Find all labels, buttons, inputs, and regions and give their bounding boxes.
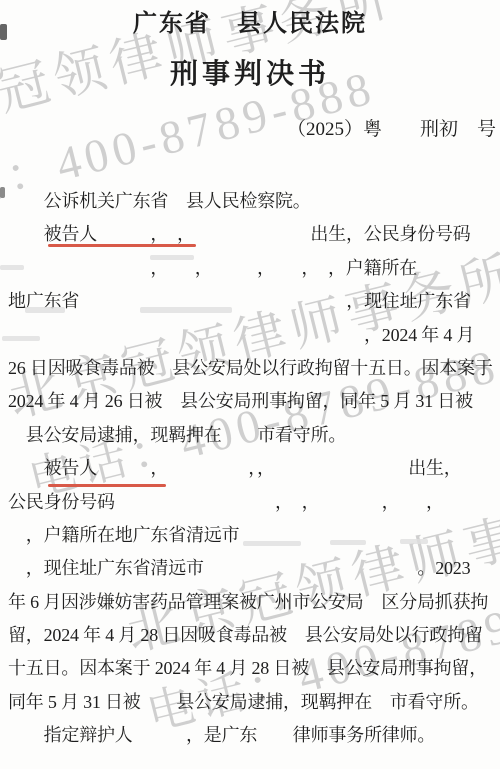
redaction-smudge xyxy=(0,265,24,270)
redaction-smudge xyxy=(140,307,232,313)
redaction-smudge xyxy=(25,307,65,313)
redaction-smudge xyxy=(243,541,301,546)
redaction-smudge xyxy=(2,336,40,341)
judgment-body: 公诉机关广东省 县人民检察院。 被告人 ， ， 出生，公民身份号码 ， ， ， … xyxy=(8,185,496,753)
body-line: 地广东省 ，现住址广东省 xyxy=(8,285,496,318)
body-line: 公民身份号码 ， ， ， ， xyxy=(8,486,496,519)
body-line: 2024 年 4 月 26 日被 县公安局刑事拘留，同年 5 月 31 日被 xyxy=(8,385,496,418)
scan-edge-artifact xyxy=(0,187,5,198)
court-name-heading: 广东省 县人民法院 xyxy=(0,3,500,38)
scanned-judgment-page: 北京冠领律师事务所 电话：400-8789-888 北京冠领律师事务所 电话：4… xyxy=(0,0,500,769)
document-content: 广东省 县人民法院 刑事判决书 （2025）粤 刑初 号 公诉机关广东省 县人民… xyxy=(0,0,500,769)
body-line: 公诉机关广东省 县人民检察院。 xyxy=(8,185,496,218)
case-number: （2025）粤 刑初 号 xyxy=(287,114,496,141)
body-line: ， ， ， ， ，户籍所在 xyxy=(8,252,496,285)
body-line: 县公安局逮捕，现羁押在 市看守所。 xyxy=(8,419,496,452)
document-title: 刑事判决书 xyxy=(0,52,500,92)
body-line: ，2024 年 4 月 xyxy=(8,319,496,352)
redaction-smudge xyxy=(150,255,194,260)
body-line-defendant-2: 被告人 ， ，， 出生， xyxy=(8,452,496,485)
body-line: 26 日因吸食毒品被 县公安局处以行政拘留十五日。因本案于 xyxy=(8,352,496,385)
body-line-defense-counsel: 指定辩护人 ，是广东 律师事务所律师。 xyxy=(8,719,496,752)
red-underline-defendant-2 xyxy=(48,484,166,487)
redaction-smudge xyxy=(330,540,366,545)
red-underline-defendant-1 xyxy=(48,244,196,247)
body-line: 年 6 月因涉嫌妨害药品管理案被广州市公安局 区分局抓获拘 xyxy=(8,586,496,619)
body-line: ，户籍所在地广东省清远市 xyxy=(8,519,496,552)
redaction-smudge xyxy=(400,539,428,544)
body-line: 同年 5 月 31 日被 县公安局逮捕，现羁押在 市看守所。 xyxy=(8,686,496,719)
body-line: 十五日。因本案于 2024 年 4 月 28 日被 县公安局刑事拘留， xyxy=(8,652,496,685)
body-line: ，现住址广东省清远市 。2023 xyxy=(8,552,496,585)
body-line: 留，2024 年 4 月 28 日因吸食毒品被 县公安局处以行政拘留 xyxy=(8,619,496,652)
scan-edge-artifact xyxy=(0,24,7,40)
